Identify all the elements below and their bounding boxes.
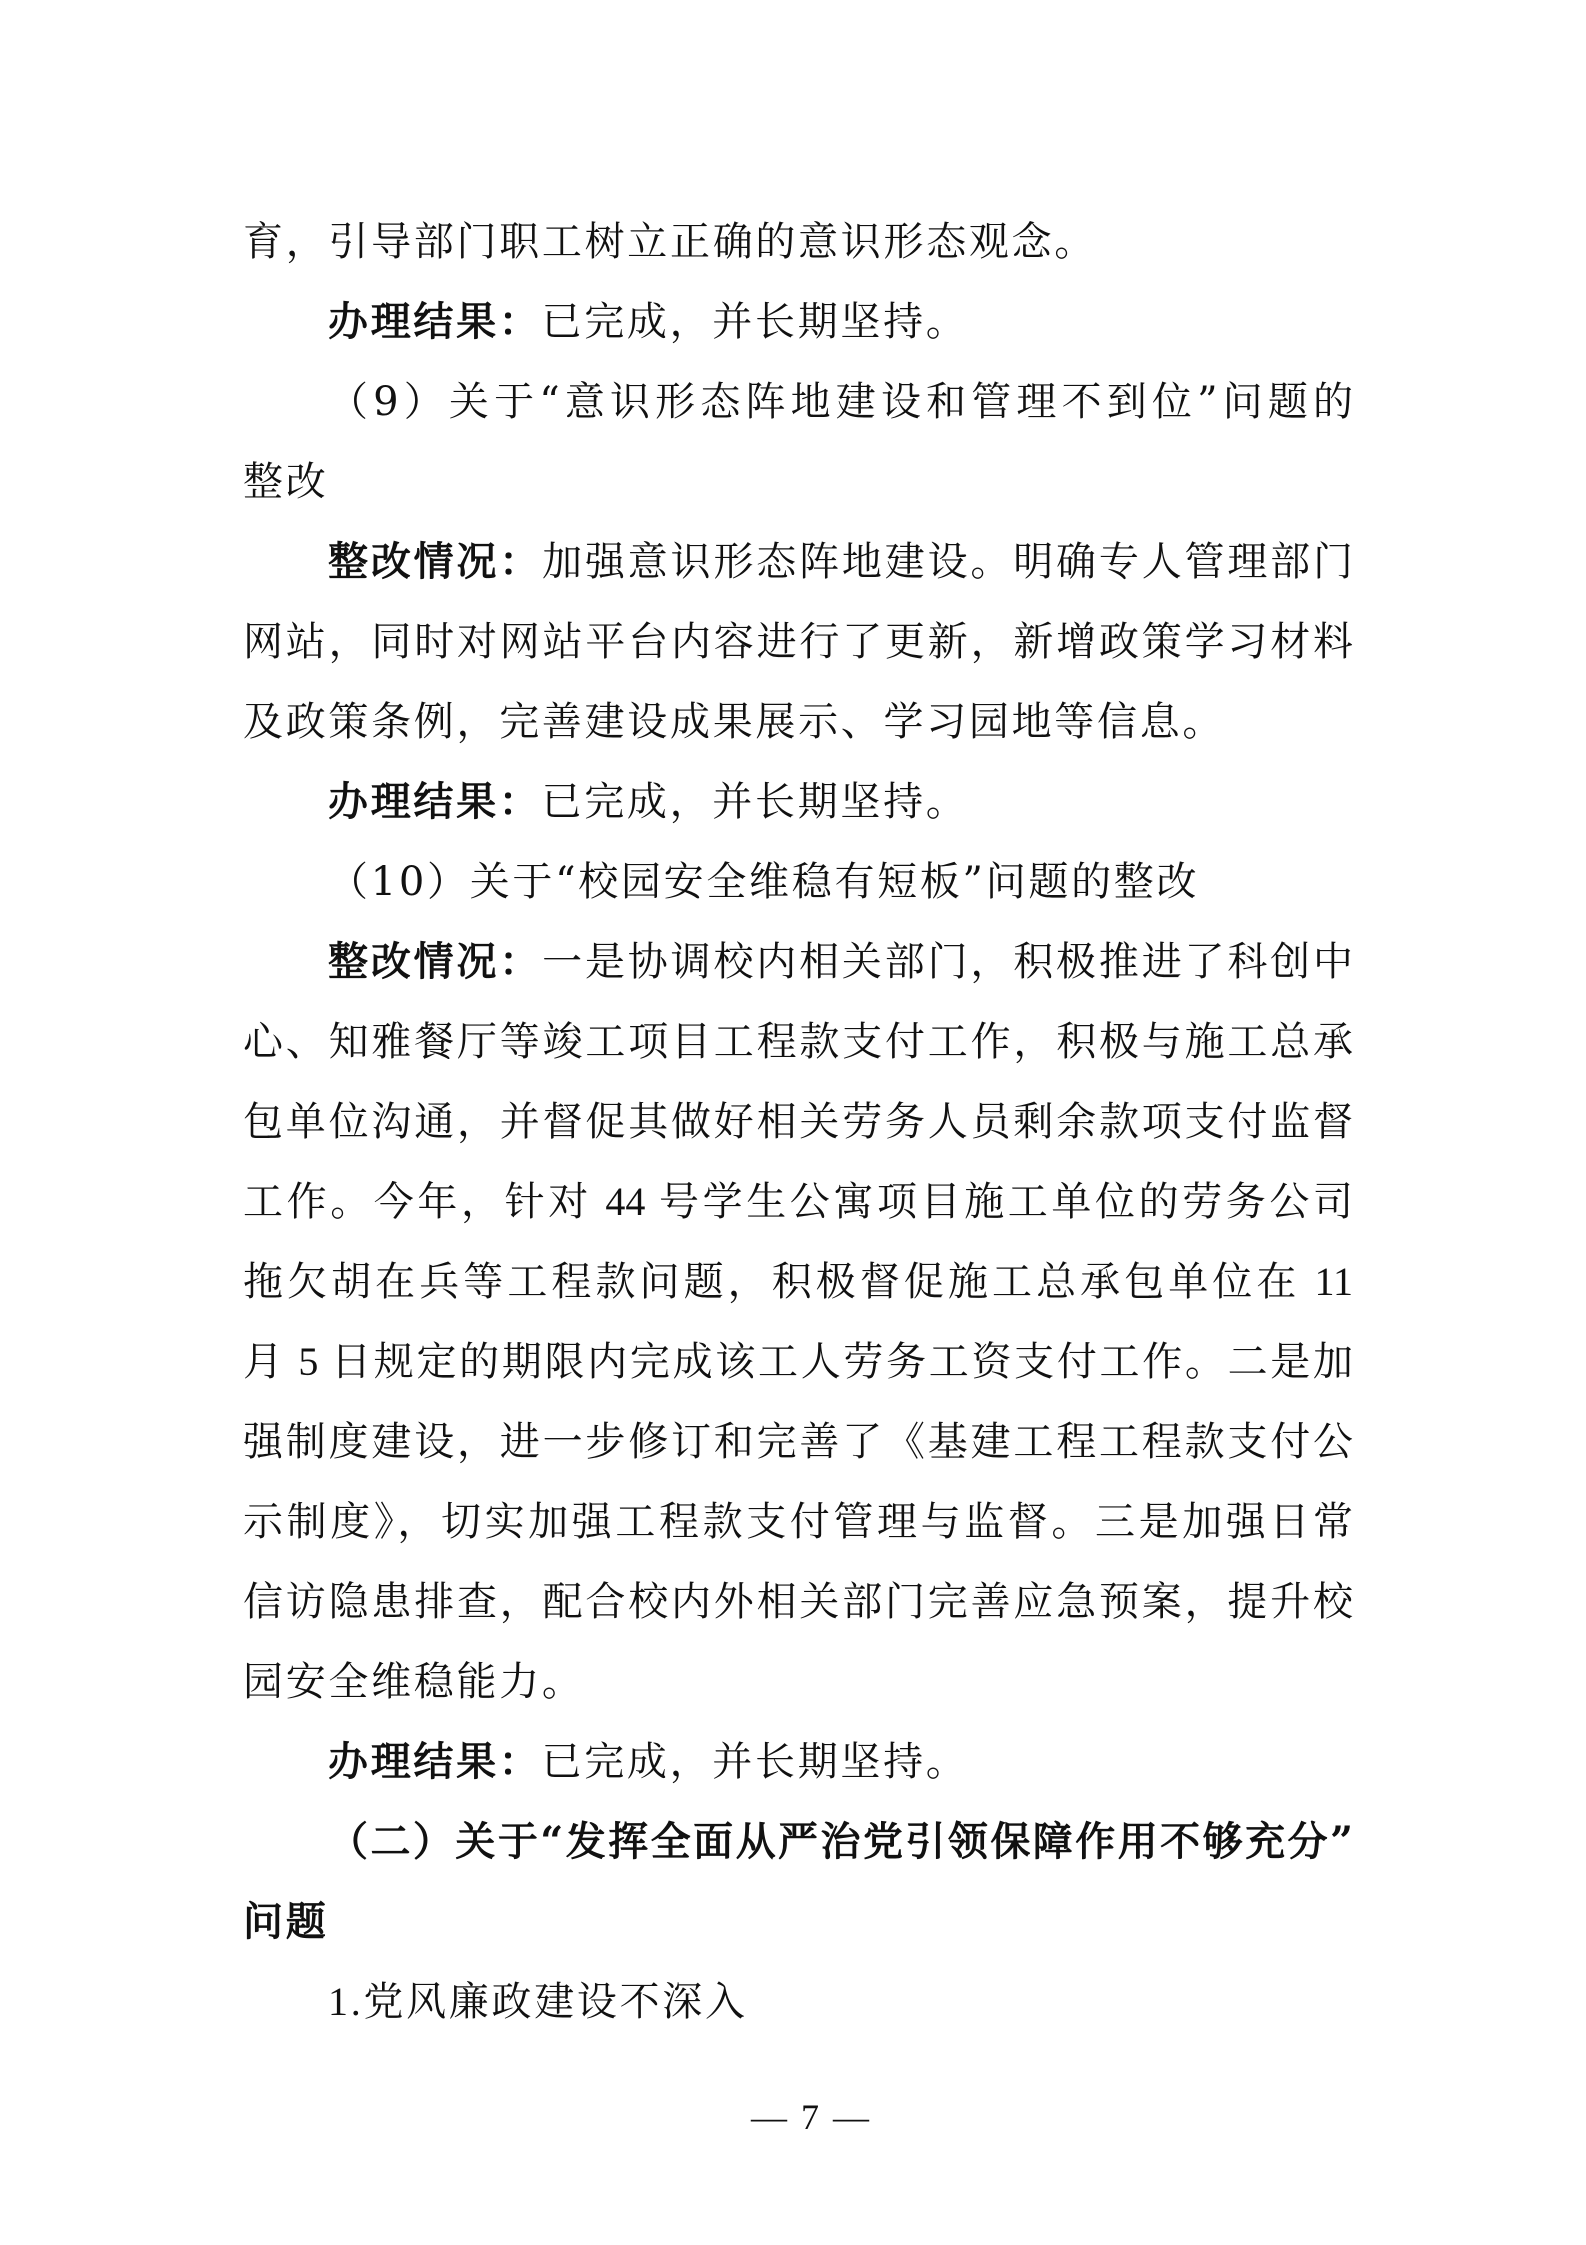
result-line: 办理结果：已完成，并长期坚持。	[243, 282, 1353, 362]
result-label: 办理结果：	[328, 1739, 542, 1784]
result-label: 办理结果：	[328, 779, 542, 824]
rectification-line: 拖欠胡在兵等工程款问题，积极督促施工总承包单位在 11	[243, 1242, 1353, 1322]
item-heading-10: （10）关于“校园安全维稳有短板”问题的整改	[243, 842, 1353, 922]
result-label: 办理结果：	[328, 299, 542, 344]
rectification-text: 一是协调校内相关部门，积极推进了科创中	[542, 939, 1353, 984]
rectification-text: 强制度建设，进一步修订和完善了《基建工程工程款支付公	[243, 1419, 1353, 1464]
rectification-label: 整改情况：	[328, 939, 542, 984]
rectification-text: 信访隐患排查，配合校内外相关部门完善应急预案，提升校	[243, 1579, 1353, 1624]
sub-heading-1: 1.党风廉政建设不深入	[243, 1962, 1353, 2042]
rectification-text: 示制度》，切实加强工程款支付管理与监督。三是加强日常	[243, 1499, 1353, 1544]
rectification-text: 园安全维稳能力。	[243, 1659, 585, 1704]
rectification-line: 园安全维稳能力。	[243, 1642, 1353, 1722]
section-heading-2-continuation: 问题	[243, 1882, 1353, 1962]
rectification-line: 网站，同时对网站平台内容进行了更新，新增政策学习材料	[243, 602, 1353, 682]
section-heading-text: 问题	[243, 1898, 328, 1945]
result-line: 办理结果：已完成，并长期坚持。	[243, 1722, 1353, 1802]
document-page: 育，引导部门职工树立正确的意识形态观念。 办理结果：已完成，并长期坚持。 （9）…	[0, 0, 1586, 2245]
rectification-line: 强制度建设，进一步修订和完善了《基建工程工程款支付公	[243, 1402, 1353, 1482]
rectification-line: 工作。今年，针对 44 号学生公寓项目施工单位的劳务公司	[243, 1162, 1353, 1242]
page-number-dash-right: —	[833, 2092, 869, 2142]
item-heading-9: （9）关于“意识形态阵地建设和管理不到位”问题的	[243, 362, 1353, 442]
rectification-text: 心、知雅餐厅等竣工项目工程款支付工作，积极与施工总承	[243, 1019, 1353, 1064]
heading-text: （10）关于“校园安全维稳有短板”问题的整改	[328, 859, 1199, 905]
rectification-line: 信访隐患排查，配合校内外相关部门完善应急预案，提升校	[243, 1562, 1353, 1642]
item-heading-9-continuation: 整改	[243, 442, 1353, 522]
result-text: 已完成，并长期坚持。	[542, 779, 969, 824]
heading-text: （9）关于“意识形态阵地建设和管理不到位”问题的	[328, 379, 1353, 425]
rectification-label: 整改情况：	[328, 539, 542, 584]
result-line: 办理结果：已完成，并长期坚持。	[243, 762, 1353, 842]
rectification-text: 工作。今年，针对 44 号学生公寓项目施工单位的劳务公司	[243, 1179, 1353, 1224]
page-number: —7—	[730, 2092, 890, 2142]
rectification-text: 拖欠胡在兵等工程款问题，积极督促施工总承包单位在 11	[243, 1259, 1353, 1304]
rectification-text: 包单位沟通，并督促其做好相关劳务人员剩余款项支付监督	[243, 1099, 1353, 1144]
sub-heading-text: 1.党风廉政建设不深入	[328, 1979, 748, 2024]
rectification-line: 整改情况：加强意识形态阵地建设。明确专人管理部门	[243, 522, 1353, 602]
rectification-line: 月 5 日规定的期限内完成该工人劳务工资支付工作。二是加	[243, 1322, 1353, 1402]
heading-text: 整改	[243, 459, 328, 505]
rectification-line: 及政策条例，完善建设成果展示、学习园地等信息。	[243, 682, 1353, 762]
rectification-line: 包单位沟通，并督促其做好相关劳务人员剩余款项支付监督	[243, 1082, 1353, 1162]
paragraph-text: 育，引导部门职工树立正确的意识形态观念。	[243, 219, 1097, 264]
body-text-line: 育，引导部门职工树立正确的意识形态观念。	[243, 202, 1353, 282]
section-heading-text: （二）关于“发挥全面从严治党引领保障作用不够充分”	[328, 1818, 1353, 1865]
rectification-text: 月 5 日规定的期限内完成该工人劳务工资支付工作。二是加	[243, 1339, 1353, 1384]
rectification-text: 及政策条例，完善建设成果展示、学习园地等信息。	[243, 699, 1225, 744]
rectification-text: 加强意识形态阵地建设。明确专人管理部门	[542, 539, 1353, 584]
result-text: 已完成，并长期坚持。	[542, 1739, 969, 1784]
page-number-value: 7	[801, 2097, 819, 2137]
rectification-line: 整改情况：一是协调校内相关部门，积极推进了科创中	[243, 922, 1353, 1002]
rectification-line: 心、知雅餐厅等竣工项目工程款支付工作，积极与施工总承	[243, 1002, 1353, 1082]
result-text: 已完成，并长期坚持。	[542, 299, 969, 344]
rectification-text: 网站，同时对网站平台内容进行了更新，新增政策学习材料	[243, 619, 1353, 664]
section-heading-2: （二）关于“发挥全面从严治党引领保障作用不够充分”	[243, 1802, 1353, 1882]
page-number-dash-left: —	[751, 2092, 787, 2142]
rectification-line: 示制度》，切实加强工程款支付管理与监督。三是加强日常	[243, 1482, 1353, 1562]
